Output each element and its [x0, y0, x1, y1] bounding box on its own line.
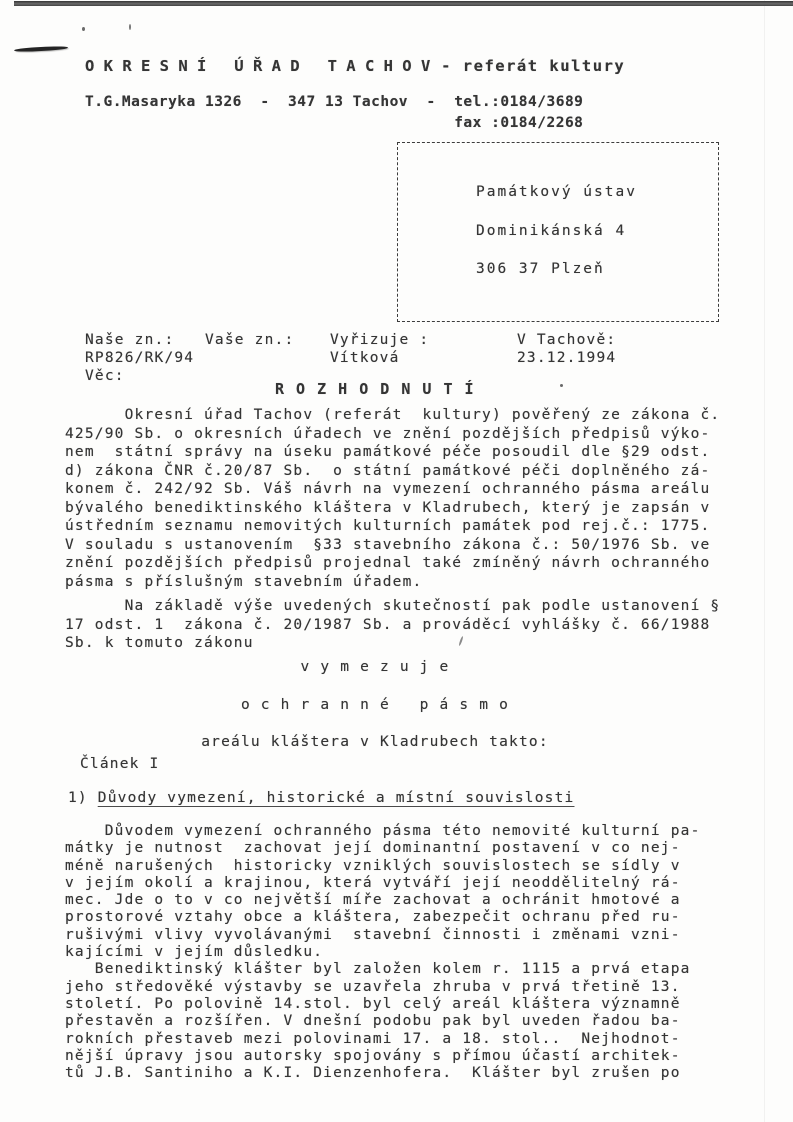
section-1-heading: 1) Důvody vymezení, historické a místní … — [68, 790, 574, 806]
scan-edge-line — [764, 0, 765, 1122]
recipient-address-box: Památkový ústav Dominikánská 4 306 37 Pl… — [397, 142, 719, 322]
scan-speck — [129, 24, 131, 30]
date-value: 23.12.1994 — [517, 350, 616, 366]
verdict-target: areálu kláštera v Kladrubech takto: — [65, 734, 685, 750]
office-name-text: O K R E S N Í Ú Ř A D T A C H O V — [85, 57, 430, 75]
handler-label: Vyřizuje : — [330, 332, 429, 348]
letterhead-office-name: O K R E S N Í Ú Ř A D T A C H O V - refe… — [85, 57, 625, 75]
scan-edge-band — [14, 1, 793, 6]
recipient-address-lines: Památkový ústav Dominikánská 4 306 37 Pl… — [398, 143, 718, 289]
body-paragraph-2: Na základě výše uvedených skutečností pa… — [65, 597, 720, 653]
section-1-number: 1) — [68, 790, 98, 806]
scan-speck — [82, 27, 85, 31]
article-1-heading: Článek I — [80, 756, 159, 772]
your-ref-label: Vaše zn.: — [205, 332, 294, 348]
our-ref-label: Naše zn.: — [85, 332, 174, 348]
body-paragraph-3: Důvodem vymezení ochranného pásma této n… — [65, 823, 701, 1082]
our-ref-value: RP826/RK/94 — [85, 350, 194, 366]
recipient-city: 306 37 Plzeň — [476, 250, 718, 289]
ink-smudge-mark — [14, 46, 68, 53]
section-1-title: Důvody vymezení, historické a místní sou… — [98, 790, 575, 806]
handler-value: Vítková — [330, 350, 400, 366]
verdict-word: v y m e z u j e — [65, 659, 685, 675]
recipient-street: Dominikánská 4 — [476, 212, 718, 251]
body-paragraph-1: Okresní úřad Tachov (referát kultury) po… — [65, 406, 720, 591]
document-title: R O Z H O D N U T Í — [65, 380, 685, 398]
recipient-name: Památkový ústav — [476, 173, 718, 212]
verdict-object: o c h r a n n é p á s m o — [65, 697, 685, 713]
office-unit-text: - referát kultury — [430, 57, 625, 75]
place-label: V Tachově: — [517, 332, 616, 348]
letterhead-contact-lines: T.G.Masaryka 1326 - 347 13 Tachov - tel.… — [85, 92, 583, 134]
scanned-document-page: O K R E S N Í Ú Ř A D T A C H O V - refe… — [0, 0, 793, 1122]
